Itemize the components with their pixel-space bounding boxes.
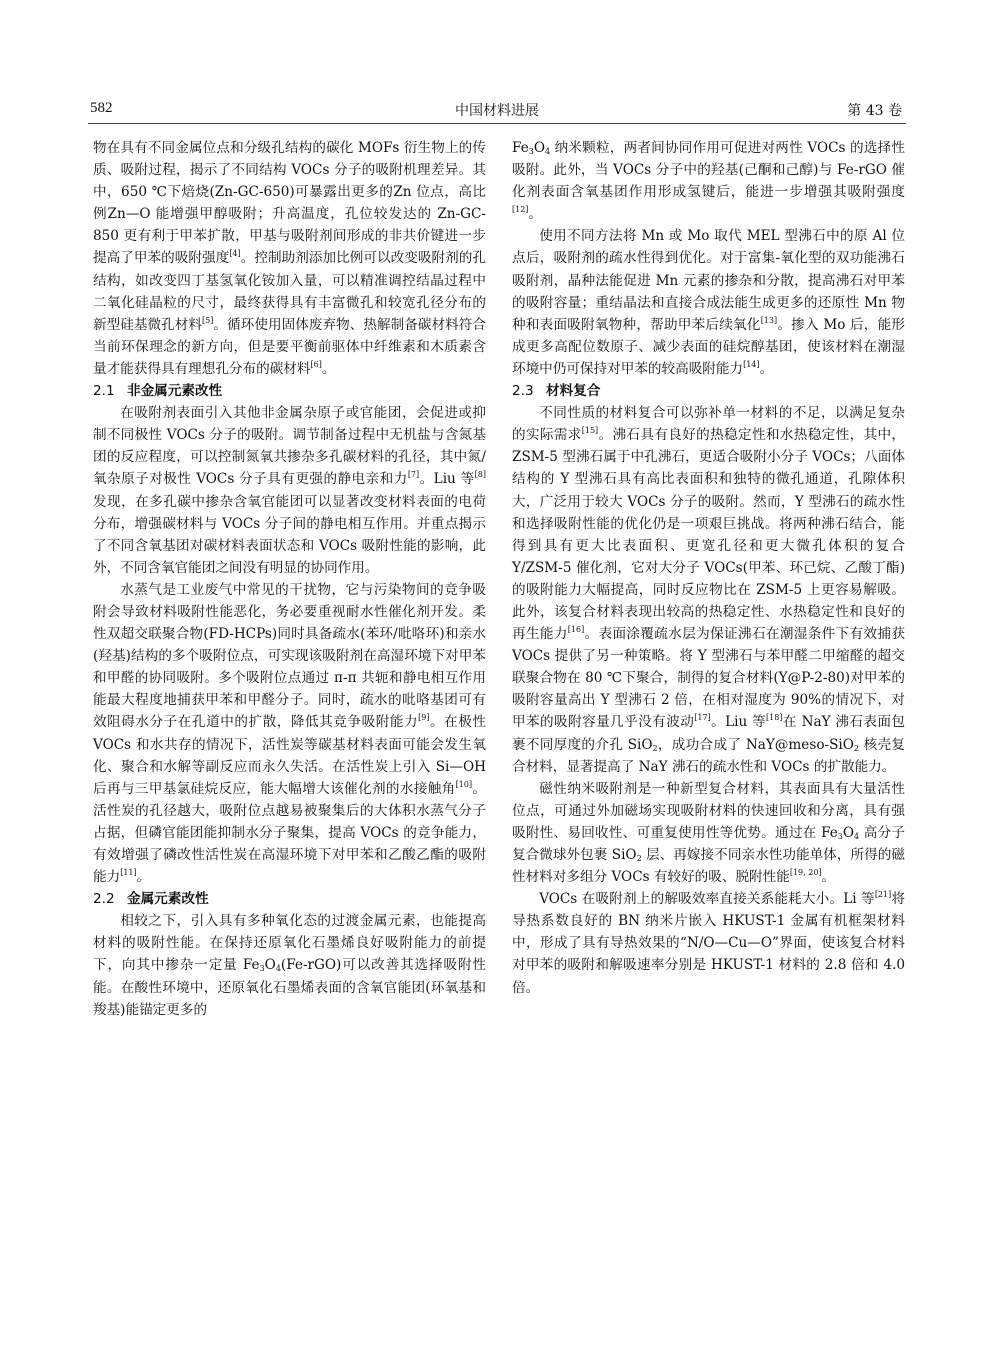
text-run: 。 bbox=[528, 206, 542, 222]
paragraph: 物在具有不同金属位点和分级孔结构的碳化 MOFs 衍生物上的传质、吸附过程，揭示… bbox=[93, 137, 486, 380]
text-run: 水蒸气是工业废气中常见的干扰物，它与污染物间的竞争吸附会导致材料吸附性能恶化，务… bbox=[93, 582, 486, 731]
citation-ref: [16] bbox=[568, 625, 584, 634]
header-rule bbox=[88, 123, 906, 124]
section-title: 材料复合 bbox=[546, 383, 600, 399]
citation-ref: [21] bbox=[875, 890, 891, 899]
text-run: 发现，在多孔碳中掺杂含氧官能团可以显著改变材料表面的电荷分布，增强碳材料与 VO… bbox=[93, 494, 486, 576]
text-run: 。 bbox=[137, 869, 151, 885]
volume-label: 第 43 卷 bbox=[847, 100, 902, 120]
citation-ref: [5] bbox=[202, 316, 213, 325]
paragraph: Fe3O4 纳米颗粒，两者间协同作用可促进对两性 VOCs 的选择性吸附。此外，… bbox=[512, 137, 905, 225]
right-column: Fe3O4 纳米颗粒，两者间协同作用可促进对两性 VOCs 的选择性吸附。此外，… bbox=[512, 137, 905, 999]
citation-ref: [9] bbox=[418, 713, 429, 722]
paragraph: VOCs 在吸附剂上的解吸效率直接关系能耗大小。Li 等[21]将导热系数良好的… bbox=[512, 888, 905, 998]
section-heading: 2.2金属元素改性 bbox=[93, 888, 486, 910]
citation-ref: [10] bbox=[456, 780, 472, 789]
citation-ref: [6] bbox=[311, 360, 322, 369]
citation-ref: [13] bbox=[761, 316, 777, 325]
text-run: ，成功合成了 NaY@meso-SiO bbox=[658, 737, 854, 753]
citation-ref: [11] bbox=[120, 868, 136, 877]
left-column: 物在具有不同金属位点和分级孔结构的碳化 MOFs 衍生物上的传质、吸附过程，揭示… bbox=[93, 137, 486, 1021]
text-run: O bbox=[534, 140, 545, 156]
text-run: 纳米颗粒，两者间协同作用可促进对两性 VOCs 的选择性吸附。此外，当 VOCs… bbox=[512, 140, 905, 200]
citation-ref: [14] bbox=[743, 360, 759, 369]
paragraph: 磁性纳米吸附剂是一种新型复合材料，其表面具有大量活性位点，可通过外加磁场实现吸附… bbox=[512, 778, 905, 888]
section-number: 2.2 bbox=[93, 888, 127, 910]
text-run: 。Liu 等 bbox=[419, 471, 475, 487]
paragraph: 在吸附剂表面引入其他非金属杂原子或官能团，会促进或抑制不同极性 VOCs 分子的… bbox=[93, 402, 486, 579]
paragraph: 水蒸气是工业废气中常见的干扰物，它与污染物间的竞争吸附会导致材料吸附性能恶化，务… bbox=[93, 579, 486, 888]
section-title: 金属元素改性 bbox=[127, 891, 209, 907]
section-number: 2.3 bbox=[512, 380, 546, 402]
text-run: 。 bbox=[760, 361, 774, 377]
citation-ref: [15] bbox=[582, 426, 598, 435]
text-run: VOCs 在吸附剂上的解吸效率直接关系能耗大小。Li 等 bbox=[539, 891, 875, 907]
paragraph: 使用不同方法将 Mn 或 Mo 取代 MEL 型沸石中的原 Al 位点后，吸附剂… bbox=[512, 225, 905, 380]
citation-ref: [17] bbox=[694, 713, 710, 722]
journal-title: 中国材料进展 bbox=[88, 100, 906, 120]
text-run: 。Liu 等 bbox=[711, 714, 766, 730]
paragraph: 相较之下，引入具有多种氧化态的过渡金属元素，也能提高材料的吸附性能。在保持还原氧… bbox=[93, 910, 486, 1020]
text-run: 物在具有不同金属位点和分级孔结构的碳化 MOFs 衍生物上的传质、吸附过程，揭示… bbox=[93, 140, 486, 266]
section-heading: 2.3材料复合 bbox=[512, 380, 905, 402]
running-header: 582 中国材料进展 第 43 卷 bbox=[88, 98, 906, 122]
citation-ref: [19, 20] bbox=[790, 868, 822, 877]
paragraph: 不同性质的材料复合可以弥补单一材料的不足，以满足复杂的实际需求[15]。沸石具有… bbox=[512, 402, 905, 778]
text-run: 。沸石具有良好的热稳定性和水热稳定性，其中，ZSM-5 型沸石属于中孔沸石，更适… bbox=[512, 427, 905, 642]
text-run: Fe bbox=[512, 140, 529, 156]
text-run: 。 bbox=[822, 869, 836, 885]
section-heading: 2.1非金属元素改性 bbox=[93, 380, 486, 402]
citation-ref: [18] bbox=[766, 713, 782, 722]
section-number: 2.1 bbox=[93, 380, 127, 402]
text-run: 。 bbox=[322, 361, 336, 377]
text-run: O bbox=[843, 825, 854, 841]
section-title: 非金属元素改性 bbox=[127, 383, 222, 399]
citation-ref: [12] bbox=[512, 205, 528, 214]
citation-ref: [4] bbox=[229, 249, 240, 258]
citation-ref: [7] bbox=[408, 470, 419, 479]
citation-ref: [8] bbox=[475, 470, 486, 479]
text-run: O bbox=[265, 957, 276, 973]
